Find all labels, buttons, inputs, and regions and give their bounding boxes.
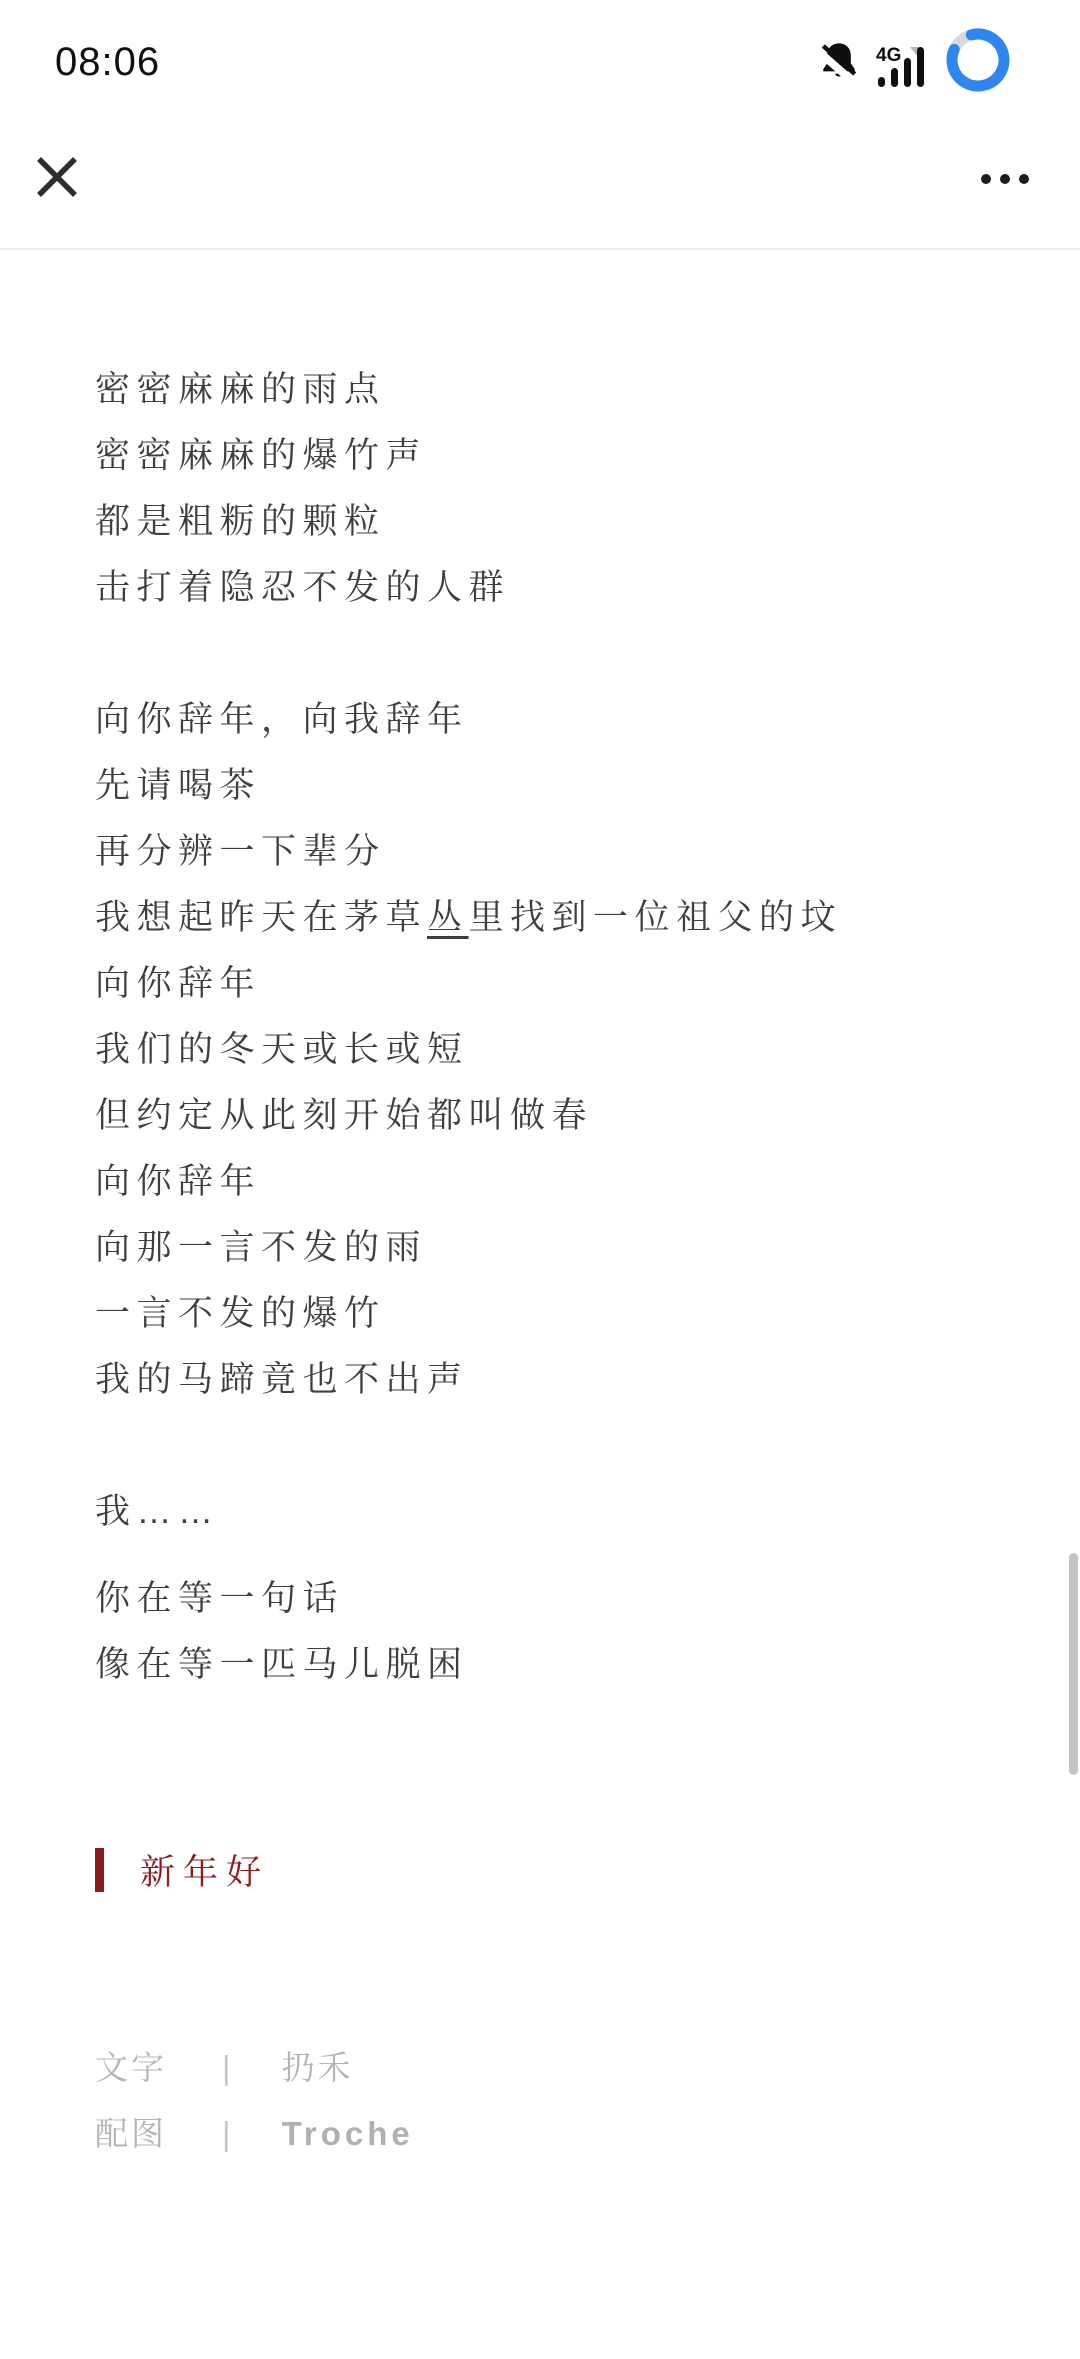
poem-paragraph: 你在等一句话像在等一匹马儿脱困 xyxy=(95,1566,990,1698)
poem: 密密麻麻的雨点密密麻麻的爆竹声都是粗粝的颗粒击打着隐忍不发的人群向你辞年，向我辞… xyxy=(95,357,990,1698)
poem-line: 一言不发的爆竹 xyxy=(95,1281,990,1347)
poem-line: 像在等一匹马儿脱困 xyxy=(95,1632,990,1698)
poem-line: 密密麻麻的爆竹声 xyxy=(95,423,990,489)
credit-value: 扔禾 xyxy=(282,2049,354,2086)
credit-separator: | xyxy=(222,2115,234,2152)
nav-bar xyxy=(0,110,1080,250)
section-header: 新年好 xyxy=(95,1846,990,1894)
poem-line: 再分辨一下辈分 xyxy=(95,819,990,885)
poem-paragraph: 密密麻麻的雨点密密麻麻的爆竹声都是粗粝的颗粒击打着隐忍不发的人群 xyxy=(95,357,990,621)
poem-line: 你在等一句话 xyxy=(95,1566,990,1632)
poem-line: 但约定从此刻开始都叫做春 xyxy=(95,1083,990,1149)
poem-segment: 里找到一位祖父的坟 xyxy=(469,898,843,937)
battery-ring-icon xyxy=(946,28,1010,97)
phone-screen: 08:06 4G xyxy=(0,0,1080,2359)
poem-line: 我…… xyxy=(95,1479,990,1545)
poem-line: 向你辞年 xyxy=(95,1149,990,1215)
credit-separator: | xyxy=(222,2049,234,2086)
section-accent-bar xyxy=(95,1848,104,1892)
poem-line: 都是粗粝的颗粒 xyxy=(95,489,990,555)
scrollbar-thumb[interactable] xyxy=(1069,1553,1078,1775)
poem-line: 密密麻麻的雨点 xyxy=(95,357,990,423)
credit-row: 配图|Troche xyxy=(95,2101,990,2167)
mute-bell-icon xyxy=(818,38,860,87)
credit-label: 文字 xyxy=(95,2035,222,2101)
status-bar: 08:06 4G xyxy=(0,0,1080,110)
close-icon[interactable] xyxy=(35,155,79,204)
clock: 08:06 xyxy=(55,40,160,85)
signal-strength-bars xyxy=(878,47,928,87)
poem-segment: 我想起昨天在茅草 xyxy=(95,898,427,937)
poem-line: 击打着隐忍不发的人群 xyxy=(95,555,990,621)
poem-paragraph: 向你辞年，向我辞年先请喝茶再分辨一下辈分我想起昨天在茅草丛里找到一位祖父的坟向你… xyxy=(95,687,990,1413)
credit-label: 配图 xyxy=(95,2101,222,2167)
article-content: 密密麻麻的雨点密密麻麻的爆竹声都是粗粝的颗粒击打着隐忍不发的人群向你辞年，向我辞… xyxy=(0,250,1080,2167)
credit-value: Troche xyxy=(282,2115,414,2152)
poem-line: 向那一言不发的雨 xyxy=(95,1215,990,1281)
poem-line: 先请喝茶 xyxy=(95,753,990,819)
poem-segment-underlined: 丛 xyxy=(427,898,469,937)
poem-line: 我们的冬天或长或短 xyxy=(95,1017,990,1083)
poem-line: 向你辞年，向我辞年 xyxy=(95,687,990,753)
status-icons: 4G xyxy=(818,28,1010,97)
more-icon[interactable] xyxy=(981,160,1029,198)
poem-line: 我的马蹄竟也不出声 xyxy=(95,1347,990,1413)
section-title: 新年好 xyxy=(140,1845,269,1895)
poem-line: 我想起昨天在茅草丛里找到一位祖父的坟 xyxy=(95,885,990,951)
credit-row: 文字|扔禾 xyxy=(95,2035,990,2101)
signal-bars-icon: 4G xyxy=(878,33,928,91)
poem-paragraph: 我…… xyxy=(95,1479,990,1545)
credits: 文字|扔禾 配图|Troche xyxy=(95,2035,990,2167)
poem-line: 向你辞年 xyxy=(95,951,990,1017)
